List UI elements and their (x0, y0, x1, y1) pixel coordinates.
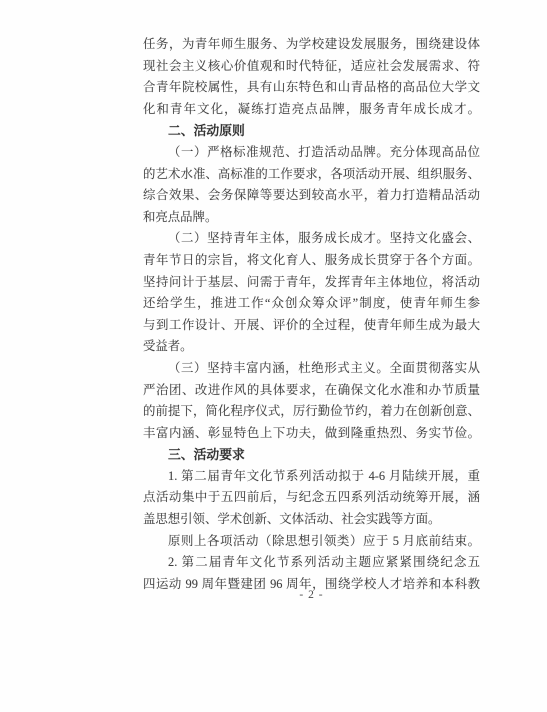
document-page: 任务，为青年师生服务、为学校建设发展服务，围绕建设体现社会主义核心价值观和时代特… (0, 0, 547, 712)
text-line: 的艺术水准、高标准的工作要求，各项活动开展、组织服务、 (143, 164, 480, 186)
text-line: 现社会主义核心价值观和时代特征，适应社会发展需求、符 (143, 56, 480, 78)
document-text-block: 任务，为青年师生服务、为学校建设发展服务，围绕建设体现社会主义核心价值观和时代特… (143, 34, 480, 595)
text-line: （三）坚持丰富内涵，杜绝形式主义。全面贯彻落实从 (143, 358, 480, 380)
text-line: 合青年院校属性，具有山东特色和山青品格的高品位大学文 (143, 77, 480, 99)
section-heading: 二、活动原则 (143, 120, 480, 142)
text-line: 还给学生，推进工作“众创众筹众评”制度，使青年师生参 (143, 293, 480, 315)
text-line: 盖思想引领、学术创新、文体活动、社会实践等方面。 (143, 509, 480, 531)
text-line: （二）坚持青年主体，服务成长成才。坚持文化盛会、 (143, 228, 480, 250)
text-line: 丰富内涵、彰显特色上下功夫，做到隆重热烈、务实节俭。 (143, 423, 480, 445)
section-heading: 三、活动要求 (143, 444, 480, 466)
page-number: - 2 - (143, 589, 480, 601)
text-line: 原则上各项活动（除思想引领类）应于 5 月底前结束。 (143, 531, 480, 553)
text-line: 受益者。 (143, 336, 480, 358)
text-line: （一）严格标准规范、打造活动品牌。充分体现高品位 (143, 142, 480, 164)
text-line: 化和青年文化，凝练打造亮点品牌，服务青年成长成才。 (143, 99, 480, 121)
text-line: 坚持问计于基层、问需于青年，发挥青年主体地位，将活动 (143, 272, 480, 294)
text-line: 点活动集中于五四前后，与纪念五四系列活动统筹开展，涵 (143, 487, 480, 509)
text-line: 2. 第二届青年文化节系列活动主题应紧紧围绕纪念五 (143, 552, 480, 574)
text-line: 青年节日的宗旨，将文化育人、服务成长贯穿于各个方面。 (143, 250, 480, 272)
text-line: 1. 第二届青年文化节系列活动拟于 4-6 月陆续开展，重 (143, 466, 480, 488)
text-line: 严治团、改进作风的具体要求，在确保文化水准和办节质量 (143, 380, 480, 402)
text-line: 和亮点品牌。 (143, 207, 480, 229)
text-line: 任务，为青年师生服务、为学校建设发展服务，围绕建设体 (143, 34, 480, 56)
text-line: 综合效果、会务保障等要达到较高水平，着力打造精品活动 (143, 185, 480, 207)
text-line: 与到工作设计、开展、评价的全过程，使青年师生成为最大 (143, 315, 480, 337)
text-line: 的前提下，简化程序仪式，厉行勤俭节约，着力在创新创意、 (143, 401, 480, 423)
